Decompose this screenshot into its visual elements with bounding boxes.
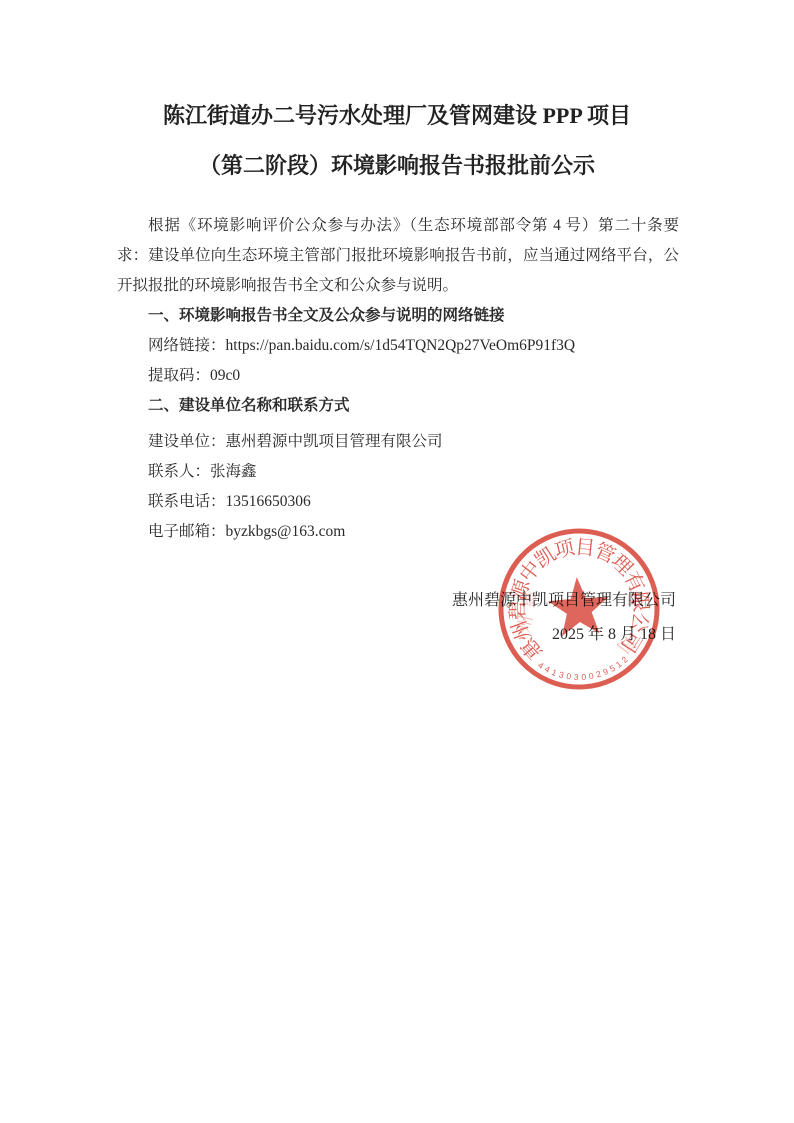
- seal-ring-text-char: 理: [607, 551, 637, 581]
- seal-number-digit: 4: [543, 664, 552, 675]
- extraction-code-value: 09c0: [210, 367, 240, 384]
- section2-heading: 二、建设单位名称和联系方式: [117, 391, 679, 421]
- seal-number-digit: 0: [581, 672, 587, 682]
- phone-value: 13516650306: [226, 493, 311, 510]
- document-title-line1: 陈江街道办二号污水处理厂及管网建设 PPP 项目: [0, 101, 794, 131]
- document-title: 陈江街道办二号污水处理厂及管网建设 PPP 项目 （第二阶段）环境影响报告书报批…: [0, 0, 794, 181]
- seal-number-digit: 2: [619, 654, 629, 665]
- seal-number-digit: 3: [558, 669, 565, 680]
- signature-date: 2025 年 8 月 18 日: [452, 620, 676, 650]
- contact-person-line: 联系人：张海鑫: [117, 457, 679, 487]
- signature-block: 惠州碧源中凯项目管理有限公司 2025 年 8 月 18 日: [452, 586, 676, 650]
- section1-heading: 一、环境影响报告书全文及公众参与说明的网络链接: [117, 301, 679, 331]
- construction-unit-label: 建设单位：: [148, 433, 226, 450]
- document-body: 根据《环境影响评价公众参与办法》（生态环境部部令第 4 号）第二十条要求：建设单…: [117, 211, 679, 547]
- network-link-line: 网络链接：https://pan.baidu.com/s/1d54TQN2Qp2…: [117, 331, 679, 361]
- network-link-label: 网络链接：: [148, 337, 226, 354]
- email-value: byzkbgs@163.com: [226, 523, 346, 540]
- seal-number-digit: 0: [588, 671, 595, 682]
- phone-line: 联系电话：13516650306: [117, 487, 679, 517]
- extraction-code-line: 提取码：09c0: [117, 361, 679, 391]
- seal-number-digit: 3: [574, 672, 579, 682]
- extraction-code-label: 提取码：: [148, 367, 210, 384]
- seal-number-digit: 5: [608, 663, 617, 674]
- construction-unit-line: 建设单位：惠州碧源中凯项目管理有限公司: [117, 427, 679, 457]
- document-page: 陈江街道办二号污水处理厂及管网建设 PPP 项目 （第二阶段）环境影响报告书报批…: [0, 0, 794, 1123]
- construction-unit-value: 惠州碧源中凯项目管理有限公司: [226, 433, 443, 450]
- email-line: 电子邮箱：byzkbgs@163.com: [117, 517, 679, 547]
- network-link-url: https://pan.baidu.com/s/1d54TQN2Qp27VeOm…: [226, 337, 576, 354]
- seal-number-digit: 1: [550, 667, 558, 678]
- contact-person-value: 张海鑫: [210, 463, 257, 480]
- seal-number-digit: 0: [566, 671, 572, 682]
- email-label: 电子邮箱：: [148, 523, 226, 540]
- seal-number-digit: 4: [536, 660, 546, 671]
- seal-number-digit: 9: [601, 666, 610, 677]
- phone-label: 联系电话：: [148, 493, 226, 510]
- document-title-line2: （第二阶段）环境影响报告书报批前公示: [0, 151, 794, 181]
- seal-number-digit: 1: [614, 659, 624, 670]
- intro-paragraph: 根据《环境影响评价公众参与办法》（生态环境部部令第 4 号）第二十条要求：建设单…: [117, 211, 679, 301]
- contact-person-label: 联系人：: [148, 463, 210, 480]
- seal-ring-text-char: 中: [515, 557, 545, 587]
- seal-number-digit: 2: [595, 669, 603, 680]
- signature-company: 惠州碧源中凯项目管理有限公司: [452, 586, 676, 616]
